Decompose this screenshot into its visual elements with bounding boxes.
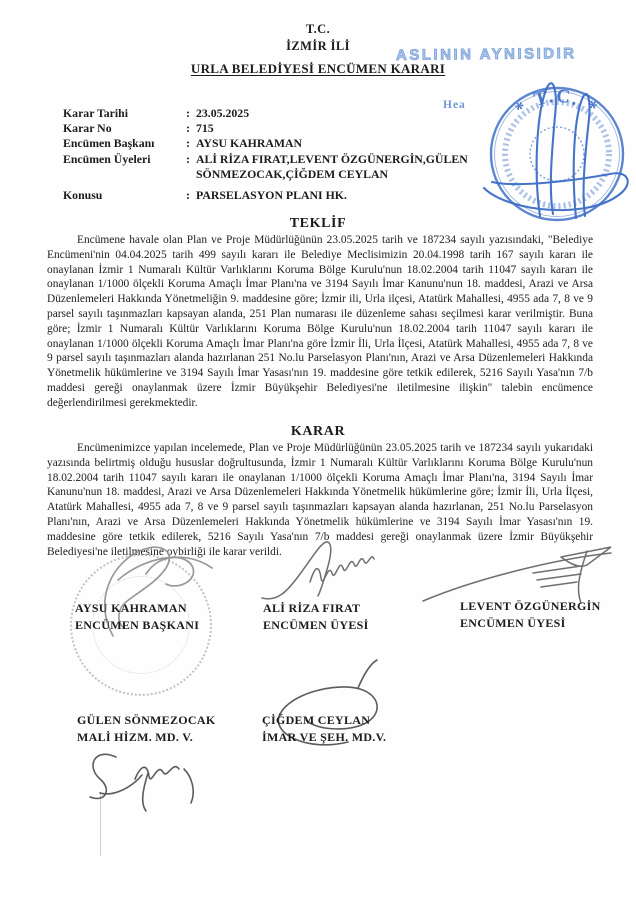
field-karar-tarihi: Karar Tarihi : 23.05.2025 xyxy=(63,106,593,121)
signatory-gulen-sonmezocak: GÜLEN SÖNMEZOCAK MALİ HİZM. MD. V. xyxy=(77,712,215,745)
karar-body: Encümenimizce yapılan incelemede, Plan v… xyxy=(47,441,593,559)
field-colon: : xyxy=(186,106,196,121)
signatory-title: İMAR VE ŞEH. MD.V. xyxy=(262,729,386,746)
signatory-ali-riza-firat: ALİ RİZA FIRAT ENCÜMEN ÜYESİ xyxy=(263,600,369,633)
signatory-name: ÇİĞDEM CEYLAN xyxy=(262,712,386,729)
karar-heading: KARAR xyxy=(0,424,636,440)
field-label: Encümen Başkanı xyxy=(63,136,186,151)
field-encumen-uyeleri: Encümen Üyeleri : ALİ RİZA FIRAT,LEVENT … xyxy=(63,152,593,182)
field-value: AYSU KAHRAMAN xyxy=(196,136,302,151)
field-colon: : xyxy=(186,152,196,167)
field-colon: : xyxy=(186,136,196,151)
signatory-title: ENCÜMEN BAŞKANI xyxy=(75,617,199,634)
header-country: T.C. xyxy=(0,22,636,37)
scan-artifact-line xyxy=(100,792,101,856)
decision-fields: Karar Tarihi : 23.05.2025 Karar No : 715… xyxy=(63,106,593,203)
field-label: Encümen Üyeleri xyxy=(63,152,186,167)
signatory-name: GÜLEN SÖNMEZOCAK xyxy=(77,712,215,729)
field-value: PARSELASYON PLANI HK. xyxy=(196,188,347,203)
field-konusu: Konusu : PARSELASYON PLANI HK. xyxy=(63,188,593,203)
signatory-levent-ozgunergin: LEVENT ÖZGÜNERGİN ENCÜMEN ÜYESİ xyxy=(460,598,601,631)
field-karar-no: Karar No : 715 xyxy=(63,121,593,136)
signatory-name: ALİ RİZA FIRAT xyxy=(263,600,369,617)
document-page: T.C. İZMİR İLİ URLA BELEDİYESİ ENCÜMEN K… xyxy=(0,0,636,900)
field-label: Karar No xyxy=(63,121,186,136)
field-colon: : xyxy=(186,121,196,136)
signature-gulen-sonmezocak xyxy=(80,735,230,813)
field-label: Konusu xyxy=(63,188,186,203)
field-value: 23.05.2025 xyxy=(196,106,249,121)
field-value: ALİ RİZA FIRAT,LEVENT ÖZGÜNERGİN,GÜLEN S… xyxy=(196,152,578,182)
field-value: 715 xyxy=(196,121,214,136)
signatory-title: MALİ HİZM. MD. V. xyxy=(77,729,215,746)
teklif-body: Encümene havale olan Plan ve Proje Müdür… xyxy=(47,233,593,411)
teklif-heading: TEKLİF xyxy=(0,216,636,232)
field-colon: : xyxy=(186,188,196,203)
signatory-cigdem-ceylan: ÇİĞDEM CEYLAN İMAR VE ŞEH. MD.V. xyxy=(262,712,386,745)
signatory-name: LEVENT ÖZGÜNERGİN xyxy=(460,598,601,615)
certified-copy-stamp-text: ASLININ AYNISIDIR xyxy=(396,45,577,64)
signatory-title: ENCÜMEN ÜYESİ xyxy=(263,617,369,634)
field-label: Karar Tarihi xyxy=(63,106,186,121)
field-encumen-baskani: Encümen Başkanı : AYSU KAHRAMAN xyxy=(63,136,593,151)
signatory-title: ENCÜMEN ÜYESİ xyxy=(460,615,601,632)
signatory-aysu-kahraman: AYSU KAHRAMAN ENCÜMEN BAŞKANI xyxy=(75,600,199,633)
signatory-name: AYSU KAHRAMAN xyxy=(75,600,199,617)
